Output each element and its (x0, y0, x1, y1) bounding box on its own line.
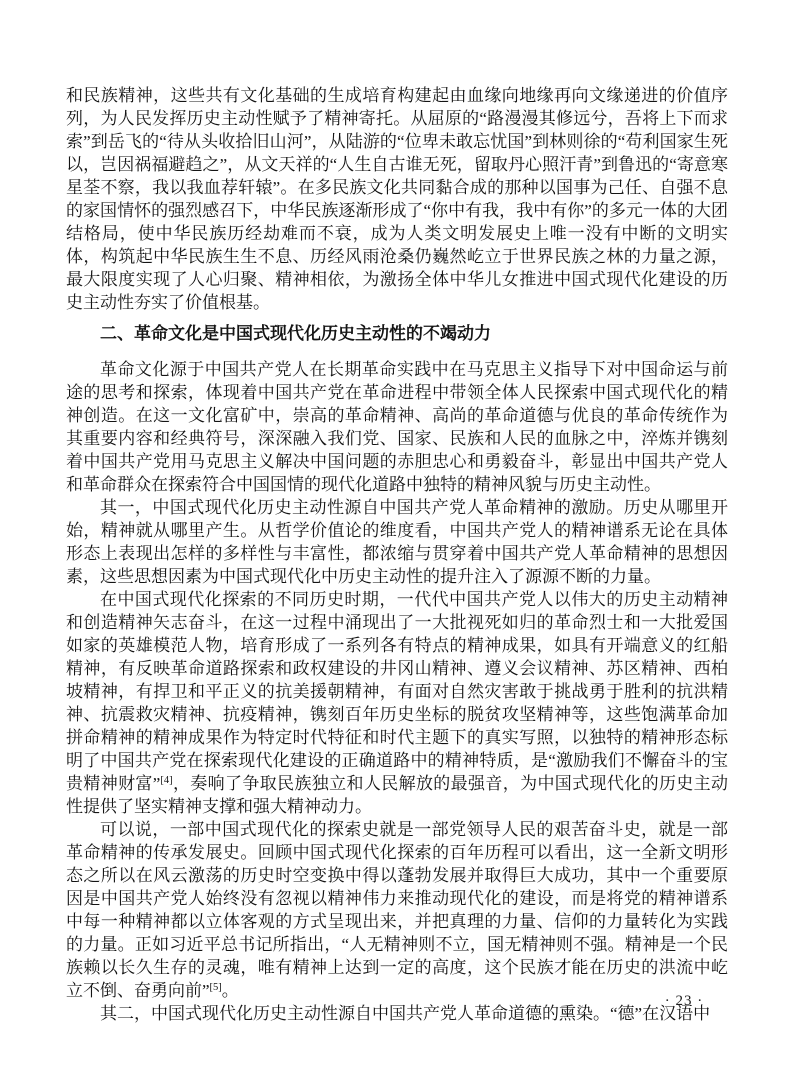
section-heading: 二、革命文化是中国式现代化历史主动性的不竭动力 (66, 322, 728, 345)
paragraph: 和民族精神，这些共有文化基础的生成培育构建起由血缘向地缘再向文缘递进的价值序列，… (66, 84, 728, 314)
paragraph: 革命文化源于中国共产党人在长期革命实践中在马克思主义指导下对中国命运与前途的思考… (66, 358, 728, 496)
footnote-ref: [4] (160, 775, 172, 786)
footnote-ref: [5] (210, 982, 222, 993)
paragraph: 可以说，一部中国式现代化的探索史就是一部党领导人民的艰苦奋斗史，就是一部革命精神… (66, 818, 728, 1002)
document-body: 和民族精神，这些共有文化基础的生成培育构建起由血缘向地缘再向文缘递进的价值序列，… (66, 84, 728, 1025)
paragraph: 在中国式现代化探索的不同历史时期，一代代中国共产党人以伟大的历史主动精神和创造精… (66, 588, 728, 818)
page-number: · 23 · (640, 993, 728, 1010)
document-page: 和民族精神，这些共有文化基础的生成培育构建起由血缘向地缘再向文缘递进的价值序列，… (0, 0, 793, 1077)
paragraph: 其二，中国式现代化历史主动性源自中国共产党人革命道德的熏染。“德”在汉语中 (66, 1002, 728, 1025)
paragraph: 其一，中国式现代化历史主动性源自中国共产党人革命精神的激励。历史从哪里开始，精神… (66, 496, 728, 588)
